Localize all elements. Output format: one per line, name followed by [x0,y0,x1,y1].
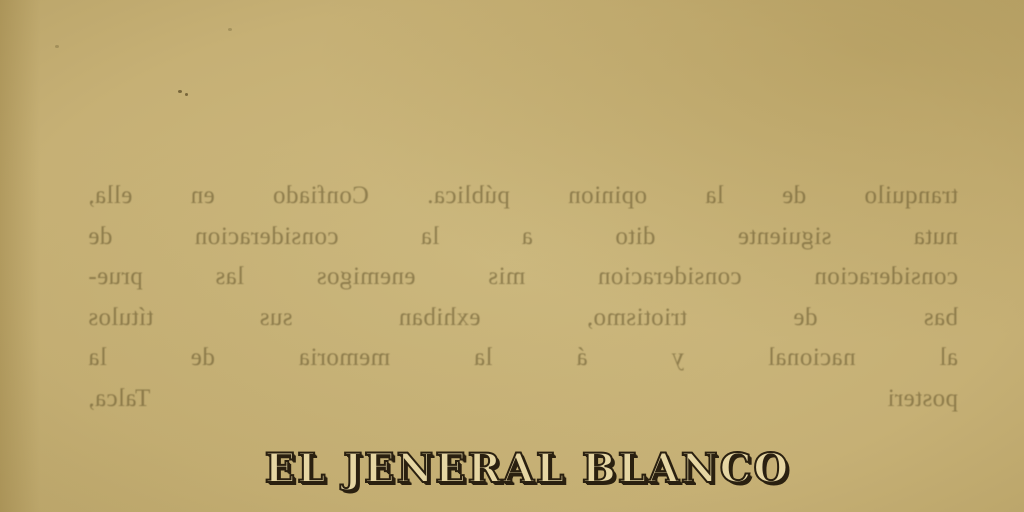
ink-speck [55,45,59,48]
showthrough-line: nuta siguiente dito a la consideracion d… [88,217,958,258]
showthrough-line: al nacional y á la memoria de la [88,338,958,379]
showthrough-line: consideracion consideracion mis enemigos… [88,257,958,298]
scanned-page: tranquilo de la opinion pública. Confiad… [0,0,1024,512]
ink-speck [185,93,188,96]
showthrough-line: tranquilo de la opinion pública. Confiad… [88,176,958,217]
ink-speck [178,90,182,93]
reverse-side-showthrough-text: tranquilo de la opinion pública. Confiad… [88,176,958,419]
ink-speck [228,28,232,31]
page-title: EL JENERAL BLANCO [205,444,850,494]
showthrough-line: bas de triotismo, exhiban sus títulos [88,298,958,339]
binding-shadow [0,0,40,512]
showthrough-line: posteri Talca, [88,379,958,420]
